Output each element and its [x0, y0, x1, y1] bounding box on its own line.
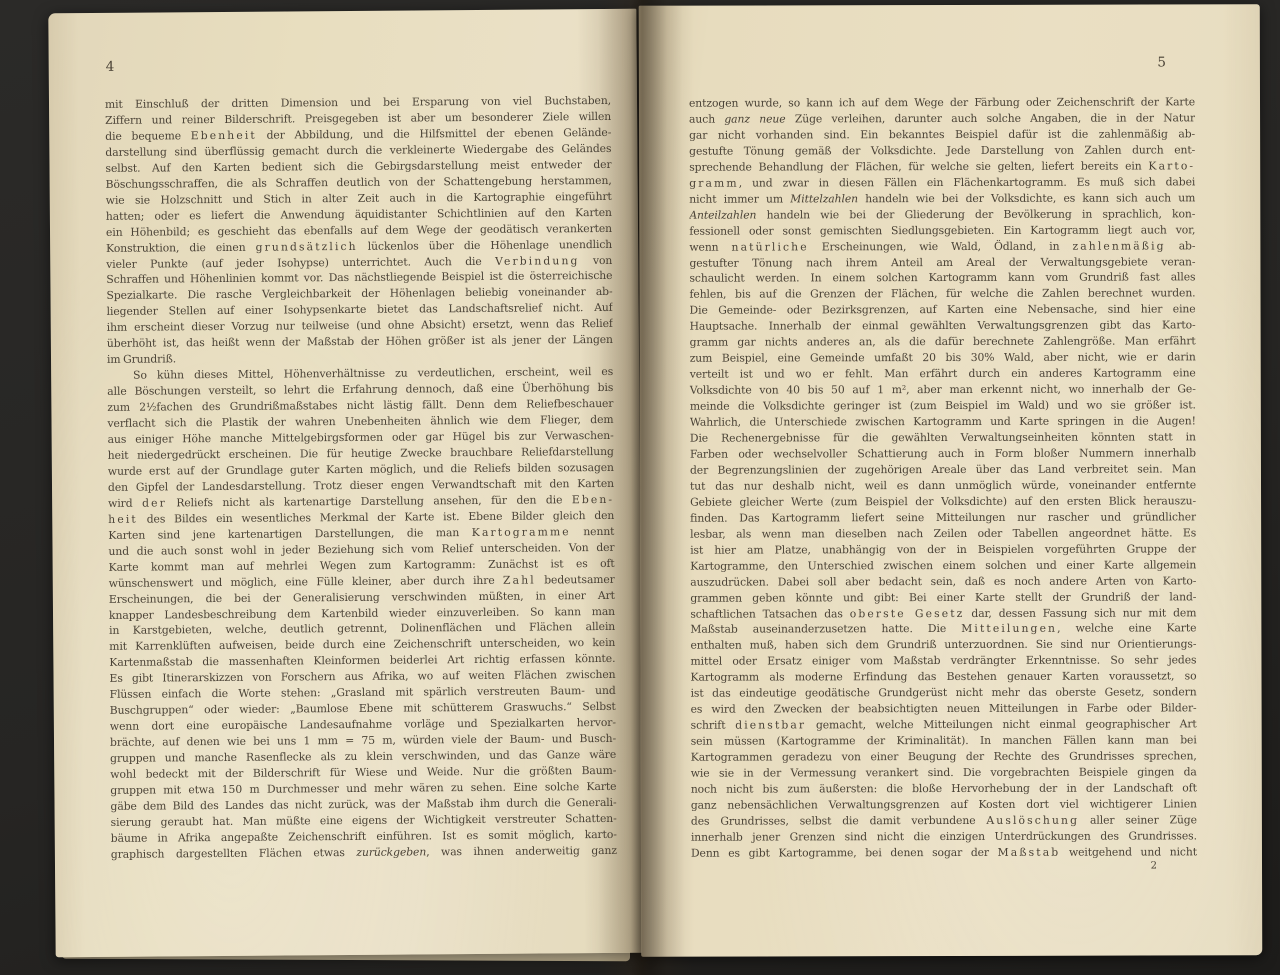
- book-photo-background: 4 mit Einschluß der dritten Dimension un…: [0, 0, 1280, 975]
- text-line: der Begrenzungslinien der zugehörigen Ar…: [690, 461, 1196, 478]
- text-line: schaftlichen Tatsachen das oberste Geset…: [690, 605, 1196, 622]
- letterspaced-text: Kartogramme: [472, 525, 571, 539]
- letterspaced-text: Eben-: [572, 493, 614, 506]
- text-line: auszudrücken. Dabei soll aber bedacht se…: [690, 573, 1196, 590]
- left-page: 4 mit Einschluß der dritten Dimension un…: [48, 9, 643, 958]
- right-page-text-block: entzogen wurde, so kann ich auf dem Wege…: [689, 94, 1197, 872]
- text-line: gramm, und zwar in diesen Fällen ein Flä…: [689, 174, 1195, 191]
- text-line: gestufter Tönung nach ihrem Anteil am Ar…: [689, 254, 1195, 271]
- text-line: mittel oder Ersatz einiger vom Maßstab v…: [690, 653, 1196, 670]
- italic-text: Mittelzahlen: [790, 192, 858, 205]
- letterspaced-text: Zahl: [503, 573, 536, 586]
- text-line: wie sie in der Vermessung verankert sind…: [691, 764, 1197, 781]
- text-line: fessionell oder sonst gemischten Siedlun…: [689, 222, 1195, 239]
- signature-mark: 2: [691, 860, 1197, 872]
- text-line: meinde die Volksdichte geringer ist (zum…: [690, 397, 1196, 414]
- text-line: gar nicht vorhanden sind. Ein bekanntes …: [689, 126, 1195, 143]
- text-line: Die Gemeinde- oder Bezirksgrenzen, auf K…: [690, 302, 1196, 319]
- text-line: gestufte Tönung gemäß der Volksdichte. J…: [689, 142, 1195, 159]
- text-line: Die Rechenergebnisse für die gewählten V…: [690, 429, 1196, 446]
- letterspaced-text: Maßstab: [998, 846, 1061, 859]
- text-line: entzogen wurde, so kann ich auf dem Wege…: [689, 94, 1195, 111]
- letterspaced-text: oberste Gesetz: [850, 606, 965, 619]
- text-line: Wahrlich, die Unterschiede zwischen Kart…: [690, 413, 1196, 430]
- text-line: Gebiete gleicher Werte (zum Beispiel der…: [690, 493, 1196, 510]
- text-line: Kartogramm als moderne Erfindung das Bes…: [690, 669, 1196, 686]
- text-line: graphisch dargestellten Flächen etwas zu…: [111, 843, 617, 863]
- text-line: schaulicht werden. In einem solchen Kart…: [689, 270, 1195, 287]
- letterspaced-text: zahlenmäßig: [1072, 239, 1165, 252]
- text-line: es wird den Zwecken der beabsichtigten n…: [691, 701, 1197, 718]
- text-line: enthalten muß, haben sich dem Grundriß u…: [690, 637, 1196, 654]
- letterspaced-text: Auslöschung: [986, 814, 1079, 827]
- text-line: Volksdichte von 40 bis 50 auf 1 m², aber…: [690, 382, 1196, 399]
- italic-text: ganz neue: [724, 112, 785, 125]
- text-line: noch nicht bis zum äußersten: die bloße …: [691, 780, 1197, 797]
- letterspaced-text: natürliche: [732, 240, 809, 253]
- right-page: 5 entzogen wurde, so kann ich auf dem We…: [639, 4, 1262, 957]
- text-line: wenn natürliche Erscheinungen, wie Wald,…: [689, 238, 1195, 255]
- text-line: sein müssen (Kartogramme der Kriminalitä…: [691, 732, 1197, 749]
- text-line: Farben oder wechselvoller Schattierung a…: [690, 445, 1196, 462]
- text-line: fehlen, bis auf die Grenzen der Flächen,…: [689, 286, 1195, 303]
- text-line: des Grundrisses, selbst die damit verbun…: [691, 812, 1197, 829]
- letterspaced-text: Mitteilungen: [961, 622, 1057, 635]
- text-line: zum Beispiel, eine Gemeinde umfaßt 20 bi…: [690, 350, 1196, 367]
- text-line: Kartogramme, den Unterschied zwischen ei…: [690, 557, 1196, 574]
- left-page-text-block: mit Einschluß der dritten Dimension und …: [105, 93, 617, 863]
- letterspaced-text: grundsätzlich: [256, 239, 358, 253]
- text-line: Maßstab auseinanderzusetzen hatte. Die M…: [690, 621, 1196, 638]
- italic-text: Anteilzahlen: [689, 208, 756, 221]
- text-line: Anteilzahlen handeln wie bei der Glieder…: [689, 206, 1195, 223]
- text-line: gramm gar nichts anderes an, als die daf…: [690, 334, 1196, 351]
- text-line: finden. Das Kartogramm liefert seine Mit…: [690, 509, 1196, 526]
- text-line: schrift dienstbar gemacht, welche Mittei…: [691, 717, 1197, 734]
- letterspaced-text: Karto-: [1148, 159, 1195, 172]
- text-line: auch ganz neue Züge verleihen, darunter …: [689, 110, 1195, 127]
- text-line: verteilt ist und wo er fehlt. Man erfähr…: [690, 366, 1196, 383]
- text-line: Denn es gibt Kartogramme, bei denen soga…: [691, 844, 1197, 861]
- text-line: grammen geben könnte und gibt: Bei einer…: [690, 589, 1196, 606]
- letterspaced-text: dienstbar: [735, 719, 806, 732]
- letterspaced-text: Verbindung: [495, 254, 580, 268]
- left-page-number: 4: [106, 59, 115, 75]
- letterspaced-text: heit: [108, 512, 138, 525]
- right-page-number: 5: [1157, 54, 1166, 70]
- text-line: innerhalb jener Grenzen sind nicht die e…: [691, 828, 1197, 845]
- text-line: sprechende Behandlung der Flächen, für w…: [689, 158, 1195, 175]
- text-line: ist das eindeutige geodätische Grundgerü…: [691, 685, 1197, 702]
- letterspaced-text: gramm: [689, 176, 739, 189]
- text-line: nicht immer um Mittelzahlen handeln wie …: [689, 190, 1195, 207]
- text-line: Hauptsache. Innerhalb der einmal gewählt…: [690, 318, 1196, 335]
- text-line: ganz nebensächlichen Verwaltungsgrenzen …: [691, 796, 1197, 813]
- text-line: tut das nur deshalb nicht, weil es dann …: [690, 477, 1196, 494]
- text-line: lesbar, als wenn man dieselben nach Zeil…: [690, 525, 1196, 542]
- letterspaced-text: der: [142, 496, 167, 509]
- text-line: ist hier am Platze, unabhängig von der i…: [690, 541, 1196, 558]
- letterspaced-text: Ebenheit: [191, 129, 257, 143]
- text-line: Kartogrammen geradezu von einer Beugung …: [691, 748, 1197, 765]
- italic-text: zurückgeben: [356, 845, 426, 859]
